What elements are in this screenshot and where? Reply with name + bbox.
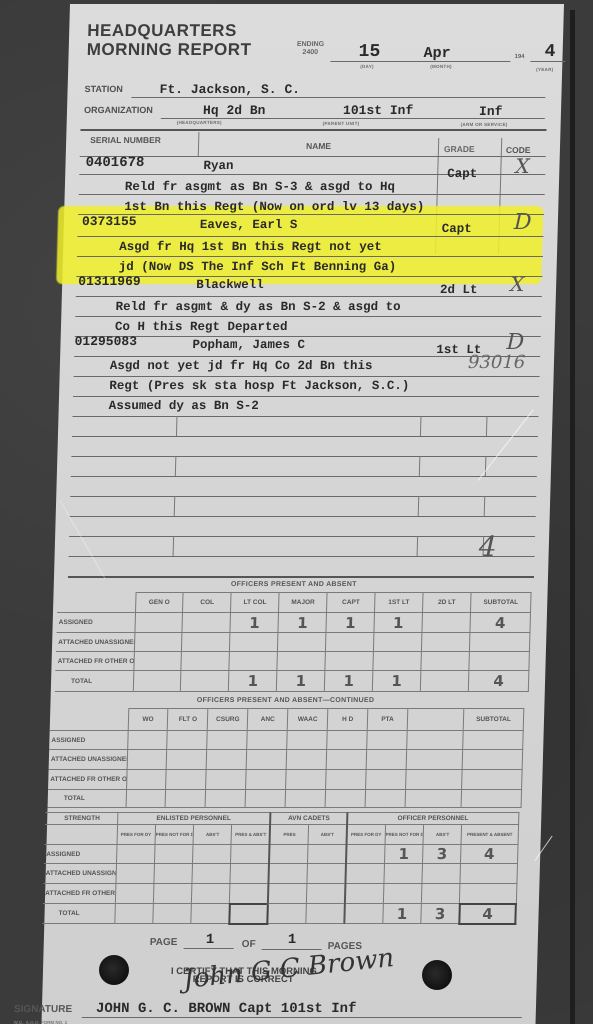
handwritten-note: 93016 <box>468 352 526 373</box>
signature-label: SIGNATURE <box>14 1004 72 1015</box>
remark-line: jd (Now DS The Inf Sch Ft Benning Ga) <box>118 260 396 274</box>
remark-line: Asgd not yet jd fr Hq Co 2d Bn this <box>110 359 373 373</box>
remark-line: Co H this Regt Departed <box>115 320 288 334</box>
officer-name: Blackwell <box>196 278 264 292</box>
title-line-2: MORNING REPORT <box>86 40 251 59</box>
table-row-total: TOTAL 1 1 1 1 4 <box>55 671 529 692</box>
table-row: ATTACHED UNASSIGNED <box>49 750 523 770</box>
table-row-total: TOTAL 1 3 4 <box>42 904 516 924</box>
serial-number: 0373155 <box>82 214 137 229</box>
officers-section-title: OFFICERS PRESENT AND ABSENT <box>54 581 534 588</box>
table-row: ATTACHED FR OTHER ORGN <box>55 652 529 671</box>
report-day: 15 <box>358 42 380 62</box>
handwritten-tally: 4 <box>478 530 497 563</box>
org-parent-unit: 101st Inf <box>343 103 414 118</box>
ending-label: ENDING 2400 <box>297 41 325 57</box>
officer-grade: 2d Lt <box>440 283 478 297</box>
officers-continued-title: OFFICERS PRESENT AND ABSENT—CONTINUED <box>50 697 520 704</box>
code-mark: D <box>514 210 532 235</box>
remark-line: Regt (Pres sk sta hosp Ft Jackson, S.C.) <box>109 379 409 393</box>
pages-total: 1 <box>288 932 297 948</box>
table-row: ATTACHED UNASSIGNED <box>56 633 530 652</box>
title-line-1: HEADQUARTERS <box>87 21 252 40</box>
remark-line: Reld fr asgmt & dy as Bn S-2 & asgd to <box>115 300 400 314</box>
remark-line: 1st Bn this Regt (Now on ord lv 13 days) <box>124 200 424 214</box>
table-row-total: TOTAL <box>48 790 522 808</box>
serial-number: 01311969 <box>78 274 141 289</box>
remark-line: Assumed dy as Bn S-2 <box>109 399 259 413</box>
punch-hole-left <box>99 955 129 985</box>
morning-report-form: HEADQUARTERS MORNING REPORT ENDING 2400 … <box>42 4 564 1024</box>
officer-grade: Capt <box>447 167 477 181</box>
org-headquarters: Hq 2d Bn <box>203 103 266 118</box>
officer-name: Eaves, Earl S <box>200 218 298 232</box>
report-month: Apr <box>423 45 450 62</box>
table-row: ASSIGNED <box>49 731 523 750</box>
form-number: W.D., A.G.O. FORM NO. 1 <box>13 1020 67 1024</box>
report-year: 4 <box>544 42 555 62</box>
strength-table: STRENGTH ENLISTED PERSONNEL AVN CADETS O… <box>42 812 519 925</box>
serial-number: 0401678 <box>85 155 144 171</box>
form-title: HEADQUARTERS MORNING REPORT <box>86 21 252 59</box>
officers-continued-table: WO FLT O CSURG ANC WAAC H D PTA SUBTOTAL… <box>48 708 525 808</box>
officer-grade: Capt <box>442 222 472 236</box>
table-row: ASSIGNED 1 1 1 1 4 <box>56 613 530 633</box>
code-mark: X <box>510 272 525 296</box>
organization-label: ORGANIZATION <box>84 105 153 115</box>
page-label: PAGE <box>150 937 178 948</box>
officers-present-absent-table: GEN O COL LT COL MAJOR CAPT 1ST LT 2D LT… <box>55 592 532 692</box>
org-arm-service: Inf <box>479 104 503 119</box>
grade-header: GRADE <box>444 144 475 154</box>
serial-number: 01295083 <box>74 334 137 349</box>
punch-hole-right <box>422 960 452 990</box>
officer-name: Ryan <box>203 159 233 173</box>
scan-edge-strip <box>570 10 575 1024</box>
officer-name: Popham, James C <box>192 338 305 352</box>
page-number: 1 <box>206 932 215 948</box>
signature-typed-name: JOHN G. C. BROWN Capt 101st Inf <box>96 1001 357 1017</box>
remark-line: Asgd fr Hq 1st Bn this Regt not yet <box>119 240 382 254</box>
remark-line: Reld fr asgmt as Bn S-3 & asgd to Hq <box>125 180 395 194</box>
name-header: NAME <box>306 141 331 151</box>
table-row: ATTACHED UNASSIGNED <box>43 864 517 884</box>
station-label: STATION <box>84 84 122 94</box>
station-value: Ft. Jackson, S. C. <box>159 82 300 97</box>
serial-number-header: SERIAL NUMBER <box>90 135 161 145</box>
table-row: ASSIGNED 1 3 4 <box>44 845 518 864</box>
code-mark: X <box>515 154 530 178</box>
table-row: ATTACHED FR OTHER ORGN <box>43 884 517 904</box>
table-row: ATTACHED FR OTHER ORGN <box>48 770 522 790</box>
handwritten-signature: John G C Brown <box>182 943 395 995</box>
